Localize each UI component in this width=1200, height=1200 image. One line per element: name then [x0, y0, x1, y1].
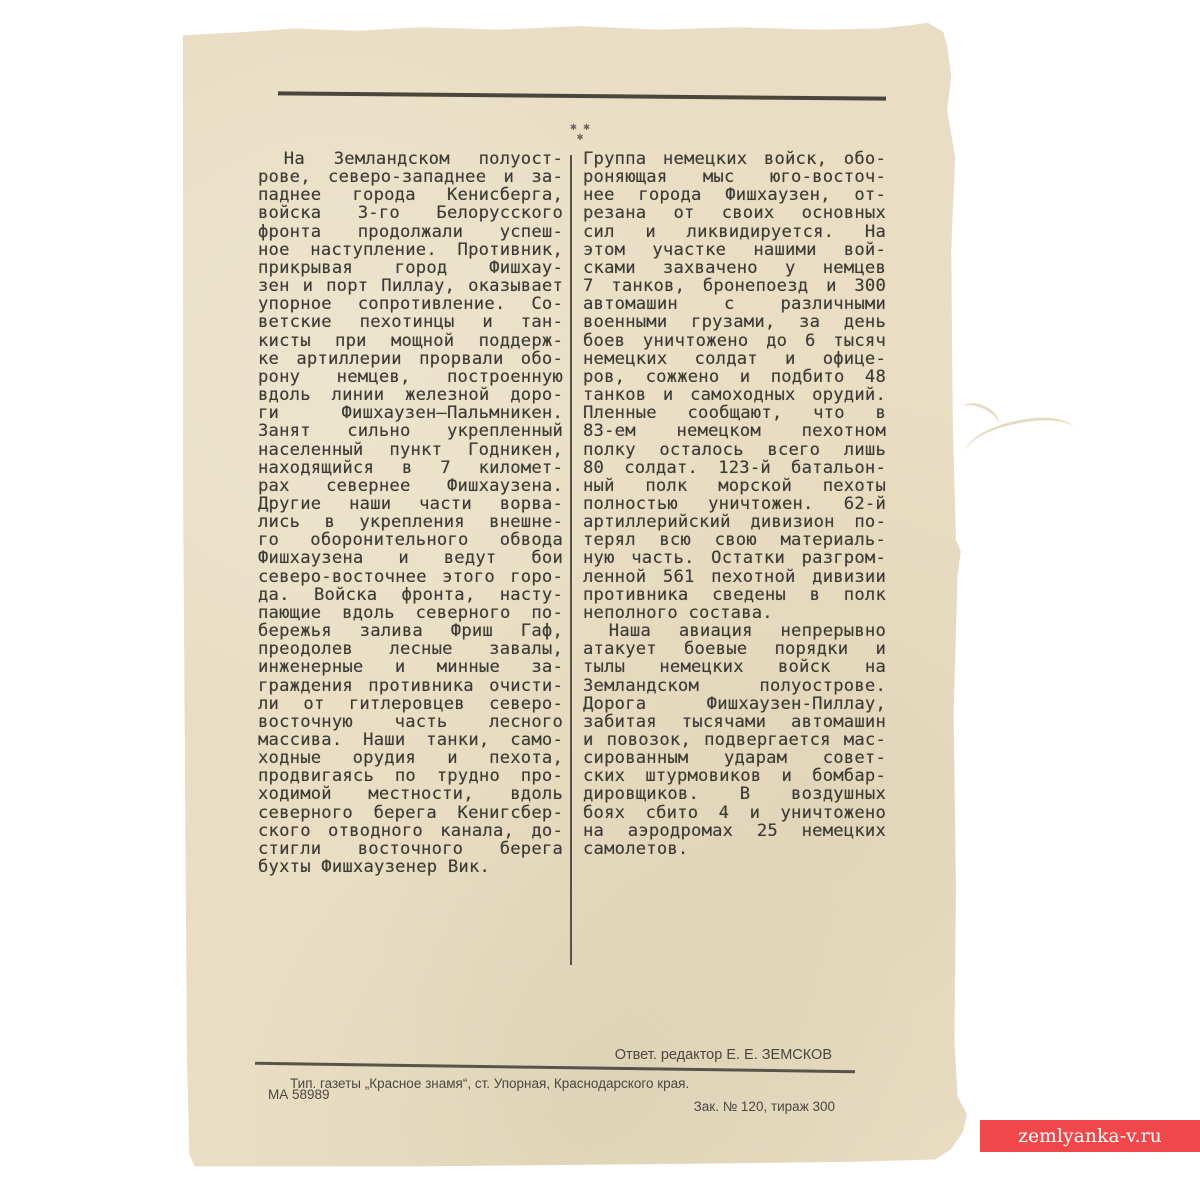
article-line: этом участке нашими вой- — [583, 241, 886, 259]
article-line: Пленные сообщают, что в — [583, 404, 886, 422]
article-line: 7 танков, бронепоезд и 300 — [583, 277, 886, 295]
article-line: полку осталось всего лишь — [583, 441, 886, 459]
article-line: северо-восточнее этого горо- — [258, 568, 563, 586]
article-line: ров, сожжено и подбито 48 — [583, 368, 886, 386]
article-line: роняющая мыс юго-восточ- — [583, 168, 886, 186]
article-line: дировщиков. В воздушных — [583, 785, 886, 803]
article-line: ходные орудия и пехота, — [258, 749, 563, 767]
article-line: ный полк морской пехоты — [583, 477, 886, 495]
article-line: граждения противника очисти- — [258, 677, 563, 695]
article-line: преодолев лесные завалы, — [258, 640, 563, 658]
watermark-text: zemlyanka-v.ru — [1018, 1126, 1162, 1147]
article-line: паднее города Кенисберга, — [258, 186, 563, 204]
article-line: противника сведены в полк — [583, 586, 886, 604]
article-line: лись в укрепления внешне- — [258, 513, 563, 531]
article-line: Другие наши части ворва- — [258, 495, 563, 513]
article-line: продвигаясь по трудно про- — [258, 767, 563, 785]
article-line: Группа немецких войск, обо- — [583, 150, 886, 168]
article-line: ходимой местности, вдоль — [258, 785, 563, 803]
article-line: забитая тысячами автомашин — [583, 713, 886, 731]
article-line: рове, северо-западнее и за- — [258, 168, 563, 186]
article-line: ную часть. Остатки разгром- — [583, 549, 886, 567]
article-line: немецких солдат и офице- — [583, 350, 886, 368]
article-line: рону немцев, построенную — [258, 368, 563, 386]
article-line: ленной 561 пехотной дивизии — [583, 568, 886, 586]
article-line: сил и ликвидируется. На — [583, 223, 886, 241]
article-line: войска 3-го Белорусского — [258, 204, 563, 222]
article-line: Земландском полуострове. — [583, 677, 886, 695]
article-left-column: На Земландском полуост-рове, северо-запа… — [258, 150, 563, 876]
asterism-ornament: ✱ ✱ ✱ — [560, 122, 600, 142]
article-line: ке артиллерии прорвали обо- — [258, 350, 563, 368]
article-line: Занят сильно укрепленный — [258, 422, 563, 440]
article-line: боев уничтожено до 6 тысяч — [583, 332, 886, 350]
article-line: прикрывая город Фишхау- — [258, 259, 563, 277]
article-line: атакует боевые порядки и — [583, 640, 886, 658]
article-line: 83-ем немецком пехотном — [583, 422, 886, 440]
article-line: Фишхаузена и ведут бои — [258, 549, 563, 567]
article-line: стигли восточного берега — [258, 840, 563, 858]
order-and-print-run: Зак. № 120, тираж 300 — [620, 1099, 835, 1114]
article-line: На Земландском полуост- — [258, 150, 563, 168]
site-watermark[interactable]: zemlyanka-v.ru — [980, 1120, 1200, 1152]
article-line: полностью уничтожен. 62-й — [583, 495, 886, 513]
article-line: артиллерийский дивизион по- — [583, 513, 886, 531]
article-line: инженерные и минные за- — [258, 658, 563, 676]
article-line: терял всю свою материаль- — [583, 531, 886, 549]
article-line: танков и самоходных орудий. — [583, 386, 886, 404]
article-line: самолетов. — [583, 840, 886, 858]
article-line: кисты при мощной поддерж- — [258, 332, 563, 350]
article-line: сированным ударам совет- — [583, 749, 886, 767]
article-line: на аэродромах 25 немецких — [583, 822, 886, 840]
asterisk-single: ✱ — [560, 132, 600, 142]
article-line: фронта продолжали успеш- — [258, 223, 563, 241]
article-line: пающие вдоль северного по- — [258, 604, 563, 622]
article-line: автомашин с различными — [583, 295, 886, 313]
article-line: 80 солдат. 123-й батальон- — [583, 459, 886, 477]
article-line: го оборонительного обвода — [258, 531, 563, 549]
article-line: нее города Фишхаузен, от- — [583, 186, 886, 204]
article-line: ное наступление. Противник, — [258, 241, 563, 259]
article-line: бережья залива Фриш Гаф, — [258, 622, 563, 640]
article-line: вдоль линии железной доро- — [258, 386, 563, 404]
article-line: боях сбито 4 и уничтожено — [583, 804, 886, 822]
article-line: ветские пехотинцы и тан- — [258, 313, 563, 331]
article-line: резана от своих основных — [583, 204, 886, 222]
article-line: массива. Наши танки, само- — [258, 731, 563, 749]
article-line: ского отводного канала, до- — [258, 822, 563, 840]
article-line: да. Войска фронта, насту- — [258, 586, 563, 604]
printer-imprint: Тип. газеты „Красное знамя“, ст. Упорная… — [290, 1076, 689, 1091]
article-right-column: Группа немецких войск, обо-роняющая мыс … — [583, 150, 886, 858]
article-line: находящийся в 7 километ- — [258, 459, 563, 477]
article-line: ских штурмовиков и бомбар- — [583, 767, 886, 785]
article-line: восточную часть лесного — [258, 713, 563, 731]
article-line: Наша авиация непрерывно — [583, 622, 886, 640]
article-line: упорное сопротивление. Со- — [258, 295, 563, 313]
editor-credit: Ответ. редактор Е. Е. ЗЕМСКОВ — [520, 1047, 832, 1063]
article-line: рах севернее Фишхаузена. — [258, 477, 563, 495]
article-line: военными грузами, за день — [583, 313, 886, 331]
article-line: неполного состава. — [583, 604, 886, 622]
article-line: Дорога Фишхаузен-Пиллау, — [583, 695, 886, 713]
article-line: ги Фишхаузен—Пальмникен. — [258, 404, 563, 422]
article-line: северного берега Кенигсбер- — [258, 804, 563, 822]
column-divider — [570, 155, 572, 965]
article-line: зен и порт Пиллау, оказывает — [258, 277, 563, 295]
article-line: ли от гитлеровцев северо- — [258, 695, 563, 713]
article-line: бухты Фишхаузенер Вик. — [258, 858, 563, 876]
article-line: тылы немецких войск на — [583, 658, 886, 676]
article-line: населенный пункт Годникен, — [258, 441, 563, 459]
censor-number: МА 58989 — [268, 1087, 330, 1102]
article-line: сками захвачено у немцев — [583, 259, 886, 277]
article-line: и повозок, подвергается мас- — [583, 731, 886, 749]
